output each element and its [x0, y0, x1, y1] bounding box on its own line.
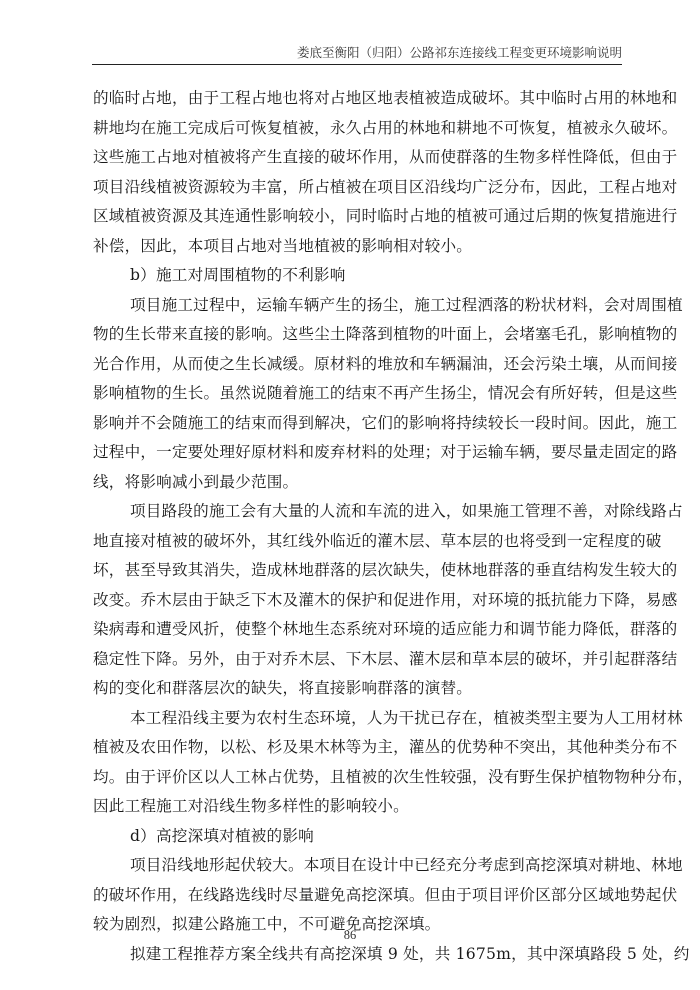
text-line: 稳定性下降。另外，由于对乔木层、下木层、灌木层和草本层的破坏，并引起群落结 — [93, 645, 623, 675]
document-body: 的临时占地，由于工程占地也将对占地区地表植被造成破坏。其中临时占用的林地和耕地均… — [93, 84, 623, 969]
text-line: 线，将影响减小到最少范围。 — [93, 468, 623, 498]
text-line: 影响植物的生长。虽然说随着施工的结束不再产生扬尘，情况会有所好转，但是这些 — [93, 379, 623, 409]
text-line: 地直接对植被的破坏外，其红线外临近的灌木层、草本层的也将受到一定程度的破 — [93, 527, 623, 557]
text-line: 项目沿线地形起伏较大。本项目在设计中已经充分考虑到高挖深填对耕地、林地 — [93, 851, 623, 881]
text-line: 项目施工过程中，运输车辆产生的扬尘，施工过程洒落的粉状材料，会对周围植 — [93, 291, 623, 321]
text-line: 坏，甚至导致其消失，造成林地群落的层次缺失，使林地群落的垂直结构发生较大的 — [93, 556, 623, 586]
text-line: 过程中，一定要处理好原材料和废弃材料的处理；对于运输车辆，要尽量走固定的路 — [93, 438, 623, 468]
document-title: 娄底至衡阳（归阳）公路祁东连接线工程变更环境影响说明 — [297, 45, 622, 60]
text-line: 光合作用，从而使之生长减缓。原材料的堆放和车辆漏油，还会污染土壤，从而间接 — [93, 350, 623, 380]
text-line: 拟建工程推荐方案全线共有高挖深填 9 处，共 1675m，其中深填路段 5 处，… — [93, 940, 623, 970]
text-line: 耕地均在施工完成后可恢复植被，永久占用的林地和耕地不可恢复，植被永久破坏。 — [93, 114, 623, 144]
text-line: 项目路段的施工会有大量的人流和车流的进入，如果施工管理不善，对除线路占 — [93, 497, 623, 527]
page-number: 86 — [0, 928, 700, 943]
text-line: d）高挖深填对植被的影响 — [93, 822, 623, 852]
running-header: 娄底至衡阳（归阳）公路祁东连接线工程变更环境影响说明 — [92, 44, 622, 65]
text-line: 这些施工占地对植被将产生直接的破坏作用，从而使群落的生物多样性降低，但由于 — [93, 143, 623, 173]
text-line: 染病毒和遭受风折，使整个林地生态系统对环境的适应能力和调节能力降低，群落的 — [93, 615, 623, 645]
text-line: 项目沿线植被资源较为丰富，所占植被在项目区沿线均广泛分布，因此，工程占地对 — [93, 173, 623, 203]
text-line: 区域植被资源及其连通性影响较小，同时临时占地的植被可通过后期的恢复措施进行 — [93, 202, 623, 232]
text-line: 因此工程施工对沿线生物多样性的影响较小。 — [93, 792, 623, 822]
text-line: 改变。乔木层由于缺乏下木及灌木的保护和促进作用，对环境的抵抗能力下降，易感 — [93, 586, 623, 616]
text-line: 构的变化和群落层次的缺失，将直接影响群落的演替。 — [93, 674, 623, 704]
text-line: 物的生长带来直接的影响。这些尘土降落到植物的叶面上，会堵塞毛孔，影响植物的 — [93, 320, 623, 350]
text-line: 均。由于评价区以人工林占优势，且植被的次生性较强，没有野生保护植物物种分布， — [93, 763, 623, 793]
text-line: 植被及农田作物，以松、杉及果木林等为主，灌丛的优势种不突出，其他种类分布不 — [93, 733, 623, 763]
text-line: 影响并不会随施工的结束而得到解决，它们的影响将持续较长一段时间。因此，施工 — [93, 409, 623, 439]
text-line: 本工程沿线主要为农村生态环境，人为干扰已存在，植被类型主要为人工用材林 — [93, 704, 623, 734]
text-line: 的临时占地，由于工程占地也将对占地区地表植被造成破坏。其中临时占用的林地和 — [93, 84, 623, 114]
text-line: 补偿，因此，本项目占地对当地植被的影响相对较小。 — [93, 232, 623, 262]
text-line: 的破坏作用，在线路选线时尽量避免高挖深填。但由于项目评价区部分区域地势起伏 — [93, 881, 623, 911]
text-line: b）施工对周围植物的不利影响 — [93, 261, 623, 291]
